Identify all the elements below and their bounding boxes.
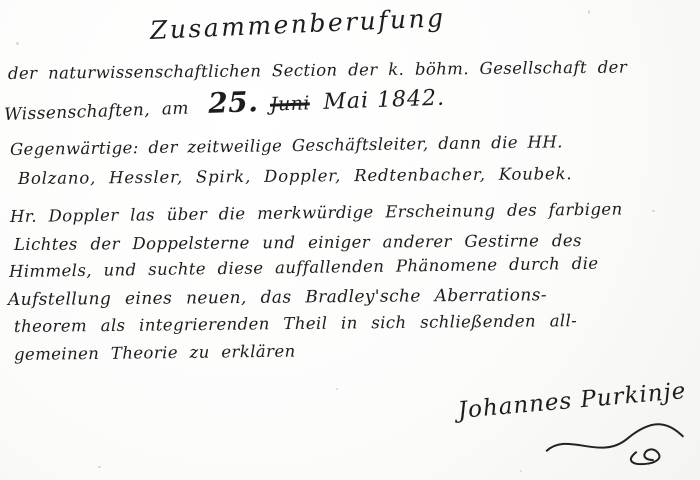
scan-speck <box>652 210 655 212</box>
body-line: Himmels, und suchte diese auffallenden P… <box>9 254 599 281</box>
signature-name: Johannes Purkinje <box>457 378 687 424</box>
date-line: Wissenschaften, am 25. Juni Mai 1842. <box>3 79 445 127</box>
date-month-year: Mai 1842. <box>315 86 445 116</box>
date-line-prefix: Wissenschaften, am <box>4 99 189 125</box>
attendees-line: Bolzano, Hessler, Spirk, Doppler, Redten… <box>18 164 573 188</box>
header-line: der naturwissenschaftlichen Section der … <box>8 58 627 83</box>
scan-speck <box>16 42 19 45</box>
document-title: Zusammenberufung <box>149 3 446 45</box>
scan-speck <box>520 470 522 472</box>
body-line: theorem als integrierenden Theil in sich… <box>14 311 577 336</box>
body-line: gemeinen Theorie zu erklären <box>14 342 296 364</box>
attendees-line: Gegenwärtige: der zeitweilige Geschäftsl… <box>10 132 563 159</box>
scan-speck <box>98 466 101 468</box>
date-day: 25. <box>194 85 259 120</box>
signature-flourish <box>538 416 692 475</box>
scanned-document-page: Zusammenberufung der naturwissenschaftli… <box>0 0 700 480</box>
body-line: Aufstellung eines neuen, das Bradley'sch… <box>8 285 547 310</box>
body-line: Hr. Doppler las über die merkwürdige Ers… <box>10 200 623 226</box>
scan-speck <box>336 388 338 390</box>
body-line: Lichtes der Doppelsterne und einiger and… <box>14 231 582 254</box>
struck-out-month: Juni <box>264 92 311 116</box>
scan-speck <box>588 10 590 14</box>
